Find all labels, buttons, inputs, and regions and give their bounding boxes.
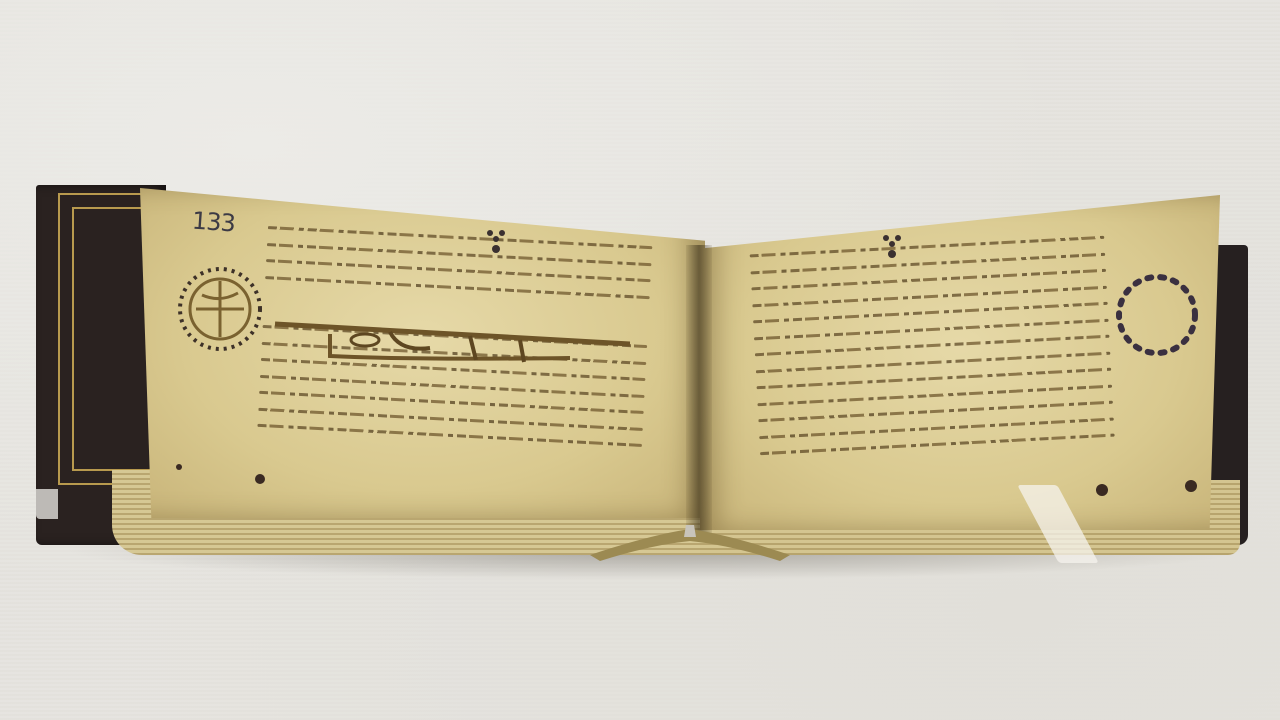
right-page-text [750,236,1116,469]
manuscript-photo: 133 [0,0,1280,720]
dotted-circle-stamp [1110,268,1205,363]
illuminated-heading [270,312,630,366]
worn-cover-corner [36,489,58,519]
medallion-ornament [174,265,270,355]
ink-spot [1096,484,1108,496]
ink-spot [1185,480,1197,492]
verse-marker-left [482,225,512,255]
folio-number: 133 [191,207,236,238]
headband [590,525,790,563]
ink-spot [176,464,182,470]
verse-marker-right [878,230,908,260]
book-gutter [686,245,712,535]
ink-spot [255,474,265,484]
